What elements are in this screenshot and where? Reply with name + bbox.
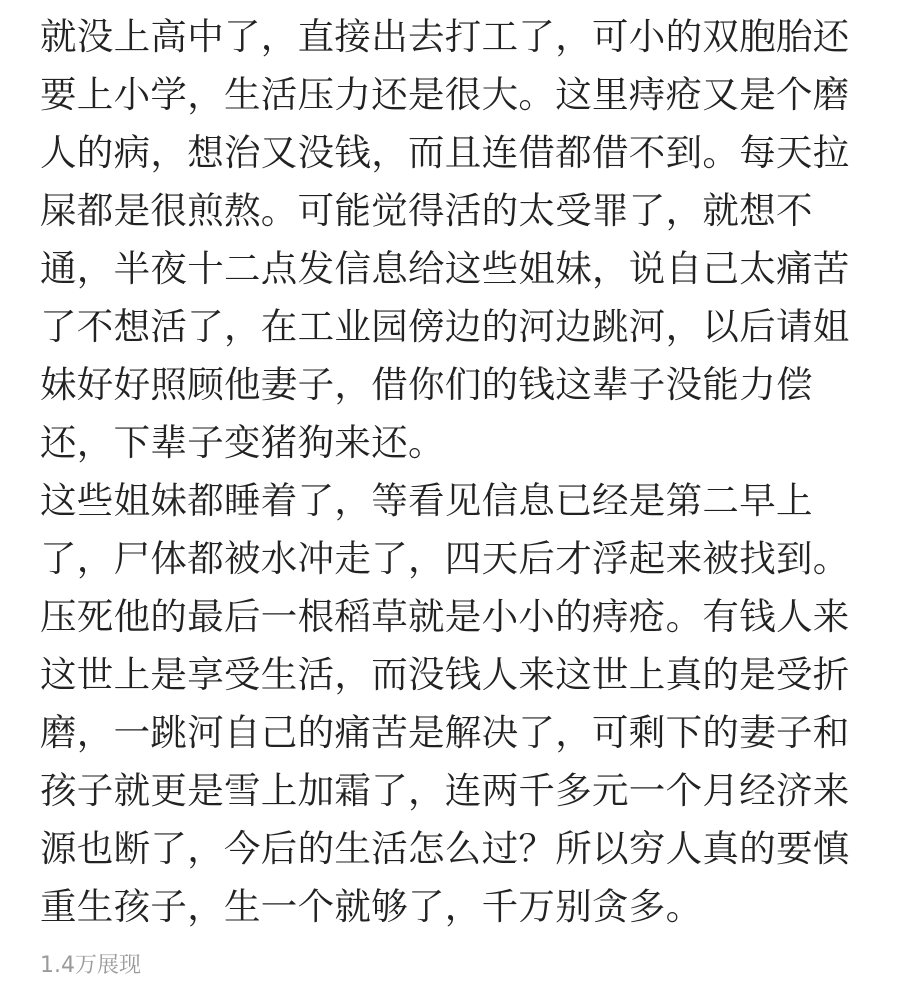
article-line: 源也断了，今后的生活怎么过？所以穷人真的要慎 [40,820,880,878]
article-line: 重生孩子，生一个就够了，千万别贪多。 [40,878,880,936]
article-line: 了，尸体都被水冲走了，四天后才浮起来被找到。 [40,530,880,588]
article-line: 这些姐妹都睡着了，等看见信息已经是第二早上 [40,472,880,530]
article-body: 就没上高中了，直接出去打工了，可小的双胞胎还 要上小学，生活压力还是很大。这里痔… [40,8,880,936]
article-line: 就没上高中了，直接出去打工了，可小的双胞胎还 [40,8,880,66]
article-line: 屎都是很煎熬。可能觉得活的太受罪了，就想不 [40,182,880,240]
article-line: 压死他的最后一根稻草就是小小的痔疮。有钱人来 [40,588,880,646]
article-line: 妹好好照顾他妻子，借你们的钱这辈子没能力偿 [40,356,880,414]
article-line: 这世上是享受生活，而没钱人来这世上真的是受折 [40,646,880,704]
article-line: 人的病，想治又没钱，而且连借都借不到。每天拉 [40,124,880,182]
article-line: 还，下辈子变猪狗来还。 [40,414,880,472]
article-line: 磨，一跳河自己的痛苦是解决了，可剩下的妻子和 [40,704,880,762]
view-count: 1.4万展现 [40,950,141,982]
article-line: 通，半夜十二点发信息给这些姐妹，说自己太痛苦 [40,240,880,298]
article-line: 了不想活了，在工业园傍边的河边跳河，以后请姐 [40,298,880,356]
article-line: 要上小学，生活压力还是很大。这里痔疮又是个磨 [40,66,880,124]
article-line: 孩子就更是雪上加霜了，连两千多元一个月经济来 [40,762,880,820]
